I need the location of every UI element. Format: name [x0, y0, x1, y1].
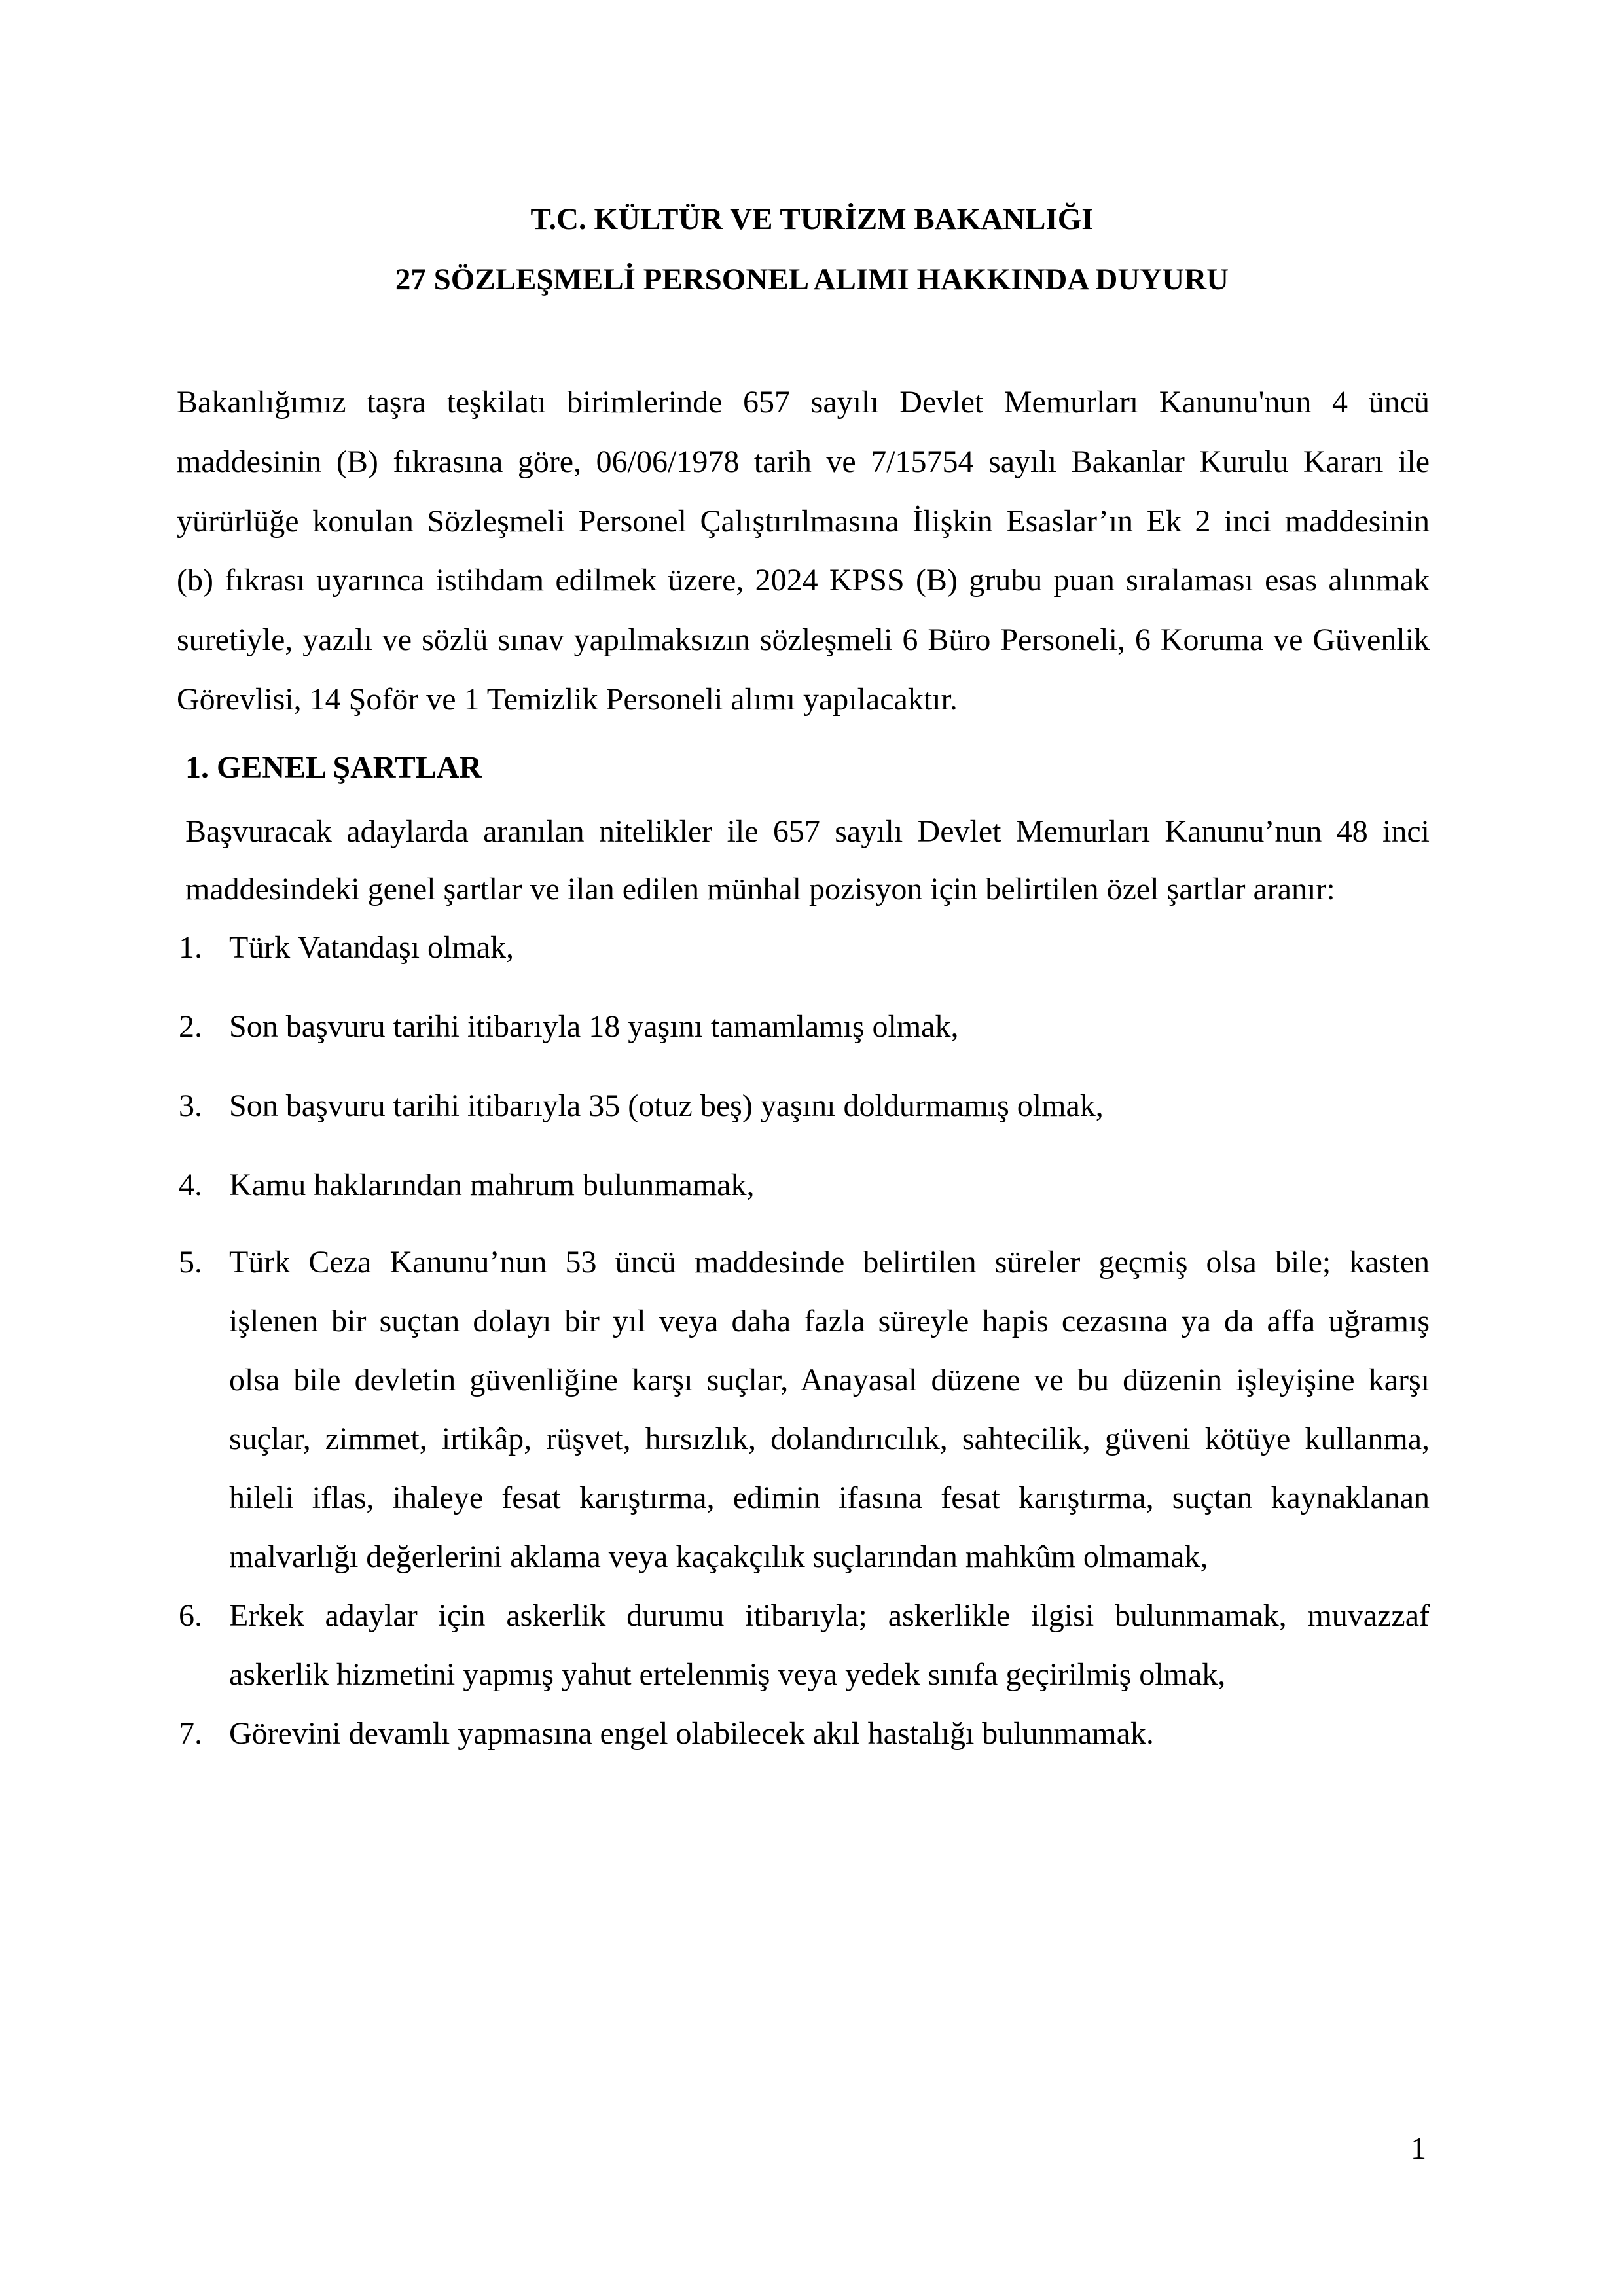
list-text: Görevini devamlı yapmasına engel olabile… [229, 1704, 1430, 1763]
list-line: hileli iflas, ihaleye fesat karıştırma, … [229, 1469, 1430, 1528]
section-intro-line: maddesindeki genel şartlar ve ilan edile… [185, 861, 1430, 918]
section-intro-line: Başvuracak adaylarda aranılan nitelikler… [185, 803, 1430, 861]
ministry-title: T.C. KÜLTÜR VE TURİZM BAKANLIĞI [0, 200, 1624, 239]
page-number: 1 [1411, 2129, 1426, 2168]
paragraph-line: suretiyle, yazılı ve sözlü sınav yapılma… [177, 611, 1430, 670]
list-text: Türk Vatandaşı olmak, [229, 918, 1430, 977]
list-line: Son başvuru tarihi itibarıyla 35 (otuz b… [229, 1077, 1430, 1136]
list-text: Son başvuru tarihi itibarıyla 18 yaşını … [229, 997, 1430, 1056]
list-line: malvarlığı değerlerini aklama veya kaçak… [229, 1528, 1430, 1587]
list-line: Erkek adaylar için askerlik durumu itiba… [229, 1587, 1430, 1645]
list-number: 3. [179, 1077, 225, 1136]
paragraph-line: (b) fıkrası uyarınca istihdam edilmek üz… [177, 551, 1430, 611]
list-text: Erkek adaylar için askerlik durumu itiba… [229, 1587, 1430, 1704]
intro-paragraph: Bakanlığımız taşra teşkilatı birimlerind… [177, 373, 1430, 730]
list-number: 5. [179, 1233, 225, 1292]
list-line: suçlar, zimmet, irtikâp, rüşvet, hırsızl… [229, 1410, 1430, 1469]
list-number: 1. [179, 918, 225, 977]
list-number: 2. [179, 997, 225, 1056]
section-intro: Başvuracak adaylarda aranılan nitelikler… [185, 803, 1430, 918]
list-line: işlenen bir suçtan dolayı bir yıl veya d… [229, 1292, 1430, 1351]
list-line: Görevini devamlı yapmasına engel olabile… [229, 1704, 1430, 1763]
list-text: Türk Ceza Kanunu’nun 53 üncü maddesinde … [229, 1233, 1430, 1587]
list-text: Kamu haklarından mahrum bulunmamak, [229, 1156, 1430, 1215]
list-number: 7. [179, 1704, 225, 1763]
list-number: 6. [179, 1587, 225, 1645]
announcement-title: 27 SÖZLEŞMELİ PERSONEL ALIMI HAKKINDA DU… [0, 260, 1624, 299]
list-line: Kamu haklarından mahrum bulunmamak, [229, 1156, 1430, 1215]
section-heading-general-conditions: 1. GENEL ŞARTLAR [185, 748, 482, 787]
list-line: Türk Vatandaşı olmak, [229, 918, 1430, 977]
list-text: Son başvuru tarihi itibarıyla 35 (otuz b… [229, 1077, 1430, 1136]
paragraph-line: yürürlüğe konulan Sözleşmeli Personel Ça… [177, 492, 1430, 552]
list-line: askerlik hizmetini yapmış yahut ertelenm… [229, 1645, 1430, 1704]
list-line: Türk Ceza Kanunu’nun 53 üncü maddesinde … [229, 1233, 1430, 1292]
list-line: Son başvuru tarihi itibarıyla 18 yaşını … [229, 997, 1430, 1056]
paragraph-line: Görevlisi, 14 Şoför ve 1 Temizlik Person… [177, 670, 1430, 730]
document-page: T.C. KÜLTÜR VE TURİZM BAKANLIĞI 27 SÖZLE… [0, 0, 1624, 2296]
list-number: 4. [179, 1156, 225, 1215]
paragraph-line: maddesinin (B) fıkrasına göre, 06/06/197… [177, 433, 1430, 492]
paragraph-line: Bakanlığımız taşra teşkilatı birimlerind… [177, 373, 1430, 433]
list-line: olsa bile devletin güvenliğine karşı suç… [229, 1351, 1430, 1410]
